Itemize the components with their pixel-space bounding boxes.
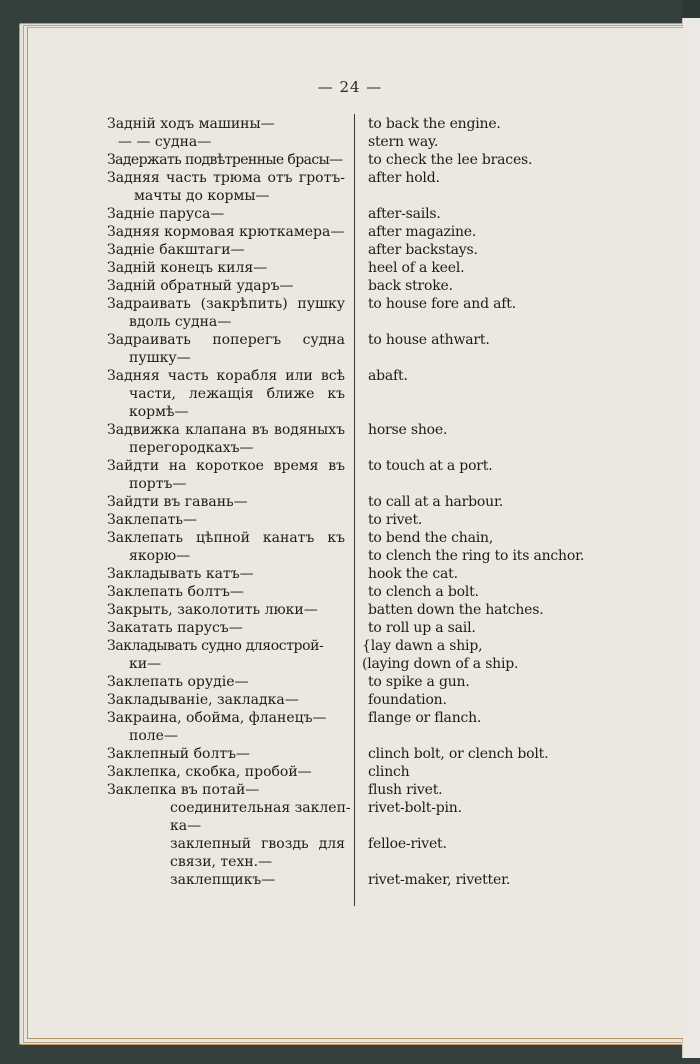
russian-term: Закладывать катъ— xyxy=(107,565,345,583)
entry-row: Задній конецъ киля—heel of a keel. xyxy=(0,259,700,277)
english-term: flange or flanch. xyxy=(368,709,481,727)
russian-term: Заклепать болтъ— xyxy=(107,583,345,601)
english-term: to spike a gun. xyxy=(368,673,470,691)
english-term: foundation. xyxy=(368,691,447,709)
entry-row: Задняя часть корабля или всѣabaft. xyxy=(0,367,700,385)
entry-row: Задніе бакштаги—after backstays. xyxy=(0,241,700,259)
entry-row: перегородкахъ— xyxy=(0,439,700,457)
russian-term: соединительная заклеп- xyxy=(170,799,345,817)
russian-term: Задвижка клапана въ водяныхъ xyxy=(107,421,345,439)
russian-term: Задняя часть корабля или всѣ xyxy=(107,367,345,385)
english-term: horse shoe. xyxy=(368,421,447,439)
english-term: after magazine. xyxy=(368,223,476,241)
entry-row: Заклепать болтъ—to clench a bolt. xyxy=(0,583,700,601)
entry-row: Задняя часть трюма отъ гротъ-after hold. xyxy=(0,169,700,187)
russian-term: Заклепный болтъ— xyxy=(107,745,345,763)
entry-row: заклепщикъ—rivet-maker, rivetter. xyxy=(0,871,700,889)
english-term: to back the engine. xyxy=(368,115,501,133)
english-term: rivet-maker, rivetter. xyxy=(368,871,510,889)
russian-term: — — судна— xyxy=(118,133,356,151)
entry-row: мачты до кормы— xyxy=(0,187,700,205)
entry-row: портъ— xyxy=(0,475,700,493)
english-term: felloe-rivet. xyxy=(368,835,447,853)
russian-term: портъ— xyxy=(129,475,367,493)
russian-term: Заклепать— xyxy=(107,511,345,529)
entry-row: Закраина, обойма, фланецъ—flange or flan… xyxy=(0,709,700,727)
english-term: to call at a harbour. xyxy=(368,493,503,511)
english-term: flush rivet. xyxy=(368,781,442,799)
entry-row: ки—(laying down of a ship. xyxy=(0,655,700,673)
russian-term: Задержать подвѣтренные брасы— xyxy=(107,151,345,169)
russian-term: Задраивать поперегъ судна xyxy=(107,331,345,349)
english-term: rivet-bolt-pin. xyxy=(368,799,462,817)
entry-row: Закладывать катъ—hook the cat. xyxy=(0,565,700,583)
russian-term: связи, техн.— xyxy=(170,853,345,871)
english-term: to house fore and aft. xyxy=(368,295,516,313)
english-term: batten down the hatches. xyxy=(368,601,544,619)
russian-term: Заклепка въ потай— xyxy=(107,781,345,799)
russian-term: кормѣ— xyxy=(129,403,367,421)
russian-term: заклепный гвоздь для xyxy=(170,835,345,853)
english-term: to check the lee braces. xyxy=(368,151,532,169)
entry-row: Заклепка въ потай—flush rivet. xyxy=(0,781,700,799)
entry-row: Задвижка клапана въ водяныхъhorse shoe. xyxy=(0,421,700,439)
english-term: to house athwart. xyxy=(368,331,490,349)
entry-row: ка— xyxy=(0,817,700,835)
entry-row: Закладывать судно дляострой-{lay dawn a … xyxy=(0,637,700,655)
entry-row: Задержать подвѣтренные брасы—to check th… xyxy=(0,151,700,169)
entry-row: Заклепный болтъ—clinch bolt, or clench b… xyxy=(0,745,700,763)
english-term: after hold. xyxy=(368,169,440,187)
russian-term: Закраина, обойма, фланецъ— xyxy=(107,709,345,727)
english-term: clinch bolt, or clench bolt. xyxy=(368,745,548,763)
russian-term: Задраивать (закрѣпить) пушку xyxy=(107,295,345,313)
english-term: after-sails. xyxy=(368,205,441,223)
russian-term: Заклепка, скобка, пробой— xyxy=(107,763,345,781)
english-term: stern way. xyxy=(368,133,438,151)
russian-term: мачты до кормы— xyxy=(134,187,372,205)
entry-row: — — судна—stern way. xyxy=(0,133,700,151)
russian-term: перегородкахъ— xyxy=(129,439,367,457)
russian-term: Закладывать судно дляострой- xyxy=(107,637,345,655)
entry-row: Закладываніе, закладка—foundation. xyxy=(0,691,700,709)
english-term: to clench a bolt. xyxy=(368,583,479,601)
russian-term: Зайдти на короткое время въ xyxy=(107,457,345,475)
entry-row: связи, техн.— xyxy=(0,853,700,871)
entry-row: Закатать парусъ—to roll up a sail. xyxy=(0,619,700,637)
russian-term: якорю— xyxy=(129,547,367,565)
english-term: clinch xyxy=(368,763,409,781)
entry-row: вдоль судна— xyxy=(0,313,700,331)
entry-row: части, лежащія ближе къ xyxy=(0,385,700,403)
english-term: to clench the ring to its anchor. xyxy=(368,547,584,565)
entry-row: Заклепать цѣпной канатъ къto bend the ch… xyxy=(0,529,700,547)
english-term: to roll up a sail. xyxy=(368,619,476,637)
english-term: to bend the chain, xyxy=(368,529,493,547)
english-term: (laying down of a ship. xyxy=(362,655,518,673)
english-term: to touch at a port. xyxy=(368,457,492,475)
english-term: after backstays. xyxy=(368,241,478,259)
russian-term: поле— xyxy=(129,727,367,745)
english-term: abaft. xyxy=(368,367,408,385)
english-term: hook the cat. xyxy=(368,565,458,583)
russian-term: ка— xyxy=(170,817,345,835)
russian-term: Закатать парусъ— xyxy=(107,619,345,637)
entry-row: кормѣ— xyxy=(0,403,700,421)
russian-term: заклепщикъ— xyxy=(170,871,345,889)
russian-term: Задній конецъ киля— xyxy=(107,259,345,277)
entry-row: Зайдти на короткое время въto touch at a… xyxy=(0,457,700,475)
russian-term: Заклепать орудіе— xyxy=(107,673,345,691)
russian-term: ки— xyxy=(129,655,367,673)
russian-term: Задняя часть трюма отъ гротъ- xyxy=(107,169,345,187)
entry-row: Задняя кормовая крюткамера—after magazin… xyxy=(0,223,700,241)
russian-term: Заклепать цѣпной канатъ къ xyxy=(107,529,345,547)
entry-row: Задраивать (закрѣпить) пушкуto house for… xyxy=(0,295,700,313)
russian-term: пушку— xyxy=(129,349,367,367)
russian-term: Закладываніе, закладка— xyxy=(107,691,345,709)
page-number: — 24 — xyxy=(0,78,700,96)
entry-row: соединительная заклеп-rivet-bolt-pin. xyxy=(0,799,700,817)
english-term: {lay dawn a ship, xyxy=(362,637,482,655)
russian-term: Задніе бакштаги— xyxy=(107,241,345,259)
entry-row: Задній обратный ударъ—back stroke. xyxy=(0,277,700,295)
entry-row: Заклепать—to rivet. xyxy=(0,511,700,529)
russian-term: Задній ходъ машины— xyxy=(107,115,345,133)
entry-row: Заклепать орудіе—to spike a gun. xyxy=(0,673,700,691)
entry-row: поле— xyxy=(0,727,700,745)
entry-row: заклепный гвоздь дляfelloe-rivet. xyxy=(0,835,700,853)
russian-term: вдоль судна— xyxy=(129,313,367,331)
entry-row: Зайдти въ гавань—to call at a harbour. xyxy=(0,493,700,511)
entry-row: Заклепка, скобка, пробой—clinch xyxy=(0,763,700,781)
entry-row: Задній ходъ машины—to back the engine. xyxy=(0,115,700,133)
entry-row: пушку— xyxy=(0,349,700,367)
english-term: heel of a keel. xyxy=(368,259,464,277)
russian-term: Задній обратный ударъ— xyxy=(107,277,345,295)
entry-row: Задраивать поперегъ суднаto house athwar… xyxy=(0,331,700,349)
russian-term: Задняя кормовая крюткамера— xyxy=(107,223,345,241)
entry-row: Задніе паруса—after-sails. xyxy=(0,205,700,223)
russian-term: части, лежащія ближе къ xyxy=(129,385,345,403)
entry-row: якорю—to clench the ring to its anchor. xyxy=(0,547,700,565)
english-term: to rivet. xyxy=(368,511,422,529)
english-term: back stroke. xyxy=(368,277,453,295)
entry-row: Закрыть, заколотить люки—batten down the… xyxy=(0,601,700,619)
russian-term: Закрыть, заколотить люки— xyxy=(107,601,345,619)
russian-term: Зайдти въ гавань— xyxy=(107,493,345,511)
russian-term: Задніе паруса— xyxy=(107,205,345,223)
